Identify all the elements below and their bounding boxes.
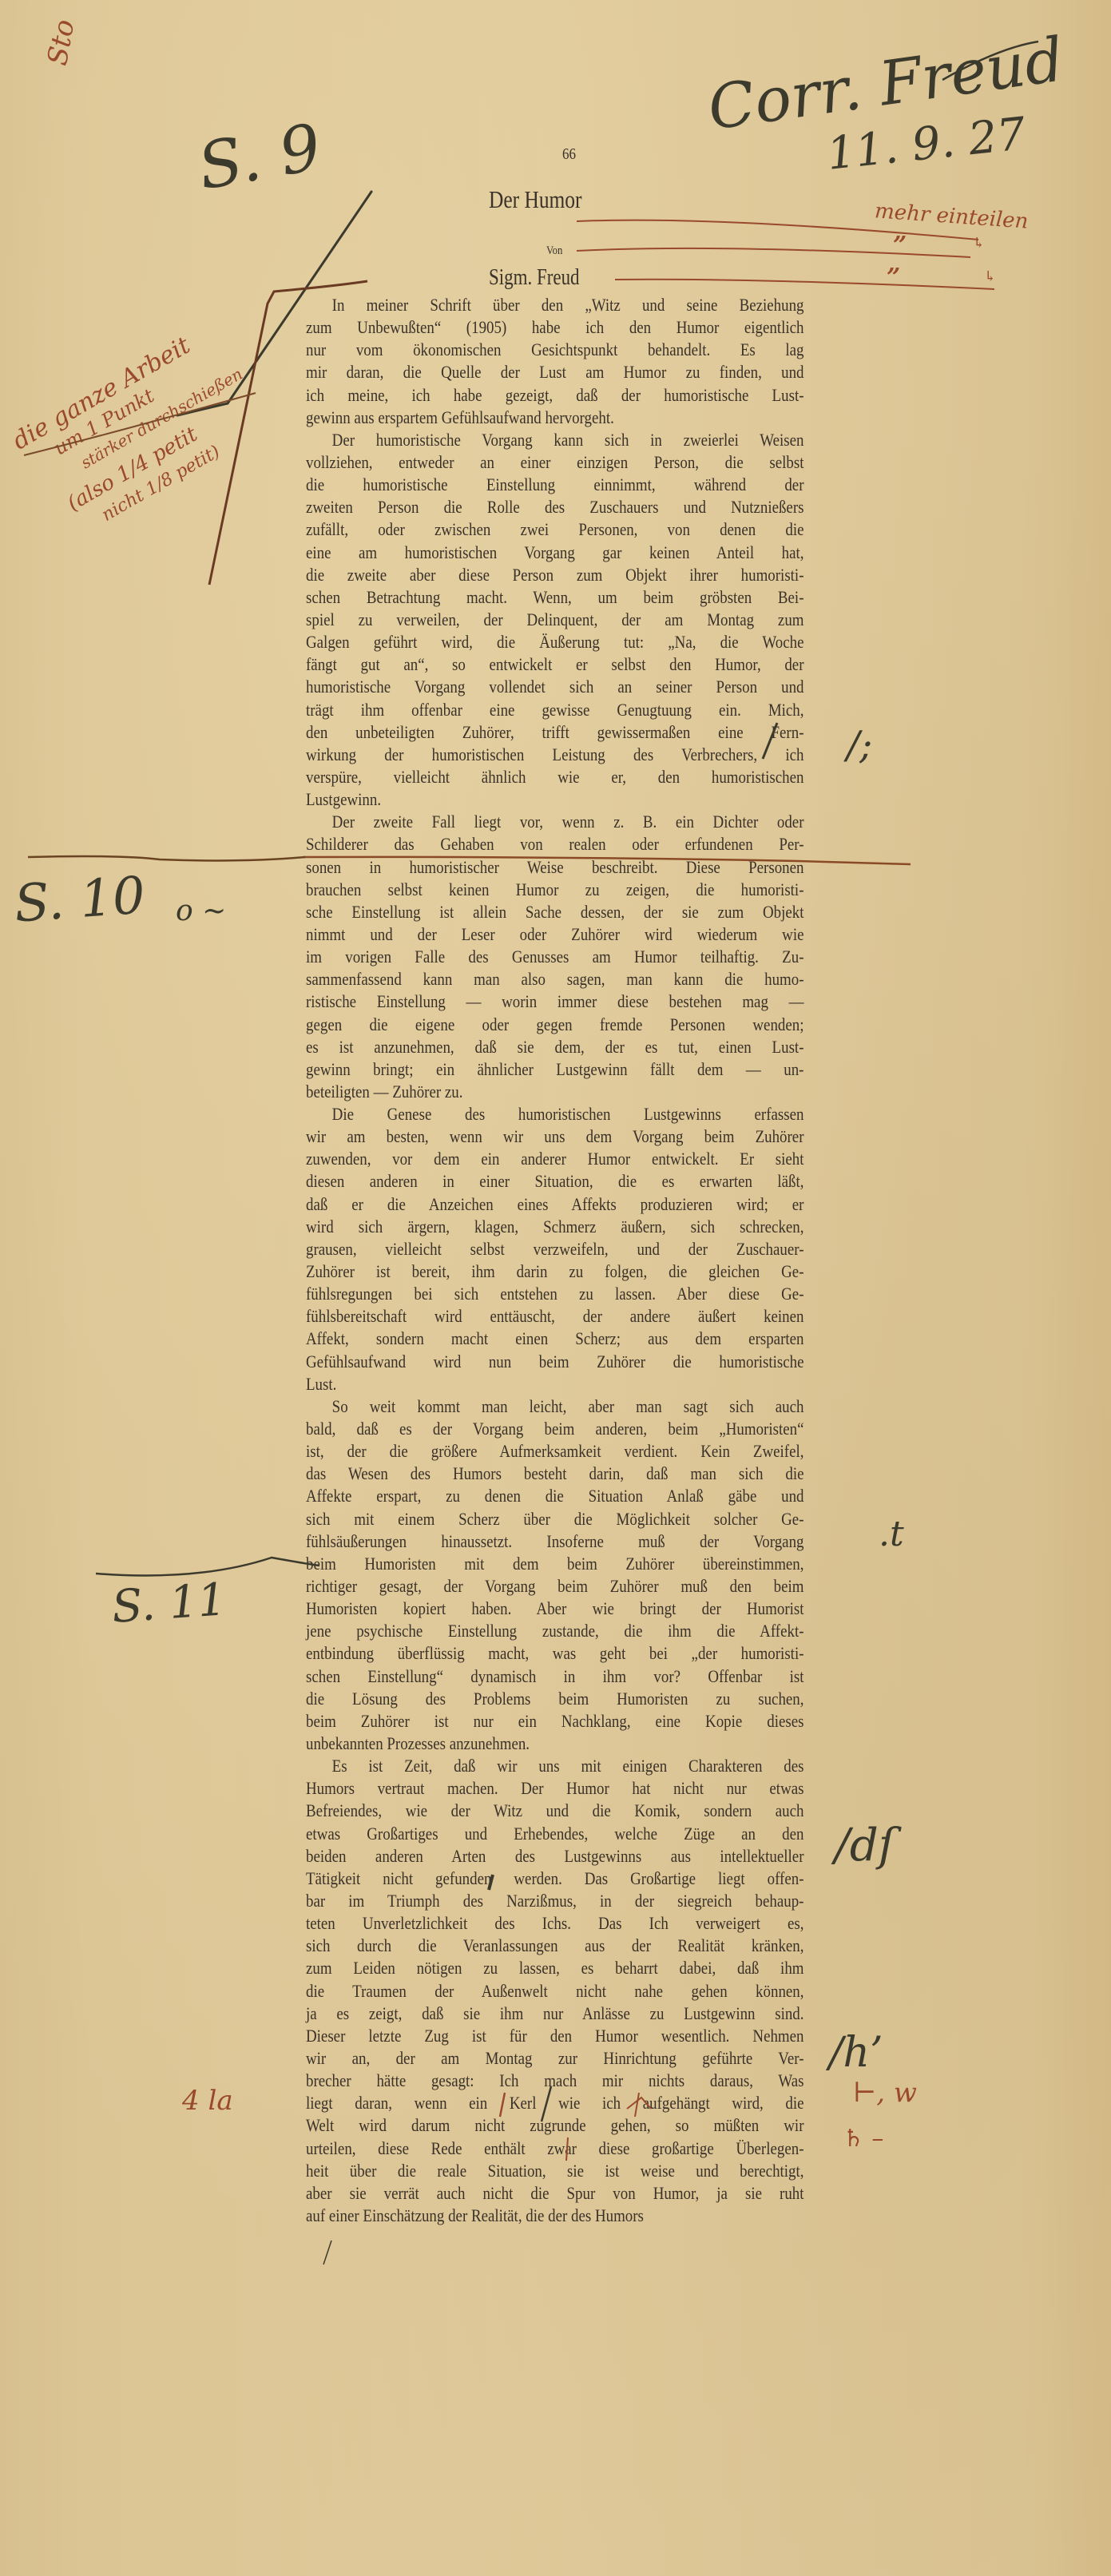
paragraph-line: die humoristische Einstellung einnimmt, … xyxy=(306,474,804,496)
paragraph-line: die Traumen der Außenwelt nicht nahe geh… xyxy=(306,1980,804,2002)
paragraph-line: die Lösung des Problems beim Humoristen … xyxy=(306,1688,804,1710)
annotation-right-mark-4: /h’ xyxy=(829,2029,883,2077)
annotation-left-margin-red-note: die ganze Arbeit um 1 Punkt stärker durc… xyxy=(8,300,340,611)
paragraph-line: trägt ihm offenbar eine gewisse Genugtuu… xyxy=(306,699,804,721)
paragraph-line: humoristische Vorgang vollendet sich an … xyxy=(306,676,804,698)
paragraph-line: wir an, der am Montag zur Hinrichtung ge… xyxy=(306,2047,804,2070)
annotation-page-ref-s11: S. 11 xyxy=(110,1574,228,1633)
byline-prefix: Von xyxy=(546,244,562,258)
paragraph-line: wirkung der humoristischen Leistung des … xyxy=(306,744,804,766)
paragraph-line: gewinn bringt; ein ähnlicher Lustgewinn … xyxy=(306,1058,804,1081)
annotation-right-mark-3: /dſ xyxy=(835,1820,895,1871)
paragraph-line: zufällt, oder zwischen zwei Personen, vo… xyxy=(306,518,804,541)
annotation-ditto-tail-1: ↳ xyxy=(973,235,985,252)
paragraph-line: daß er die Anzeichen eines Affekts produ… xyxy=(306,1193,804,1216)
paragraph-line: entbindung überflüssig macht, was geht b… xyxy=(306,1642,804,1665)
paragraph-line: zum Leiden nötigen zu lassen, es beharrt… xyxy=(306,1957,804,1979)
paragraph-line: bar im Triumph des Narzißmus, in der sie… xyxy=(306,1890,804,1912)
paragraph-line: ristische Einstellung — worin immer dies… xyxy=(306,990,804,1013)
annotation-ditto-tail-2: ↳ xyxy=(984,268,996,285)
paragraph-line: ist, der die größere Aufmerksamkeit verd… xyxy=(306,1440,804,1463)
paragraph-line: im vorigen Falle des Genusses am Humor t… xyxy=(306,946,804,968)
paragraph-line: sche Einstellung ist allein Sache dessen… xyxy=(306,901,804,923)
paragraph-line: beiden anderen Arten des Lustgewinns aus… xyxy=(306,1845,804,1868)
paragraph-line: brecher hätte gesagt: Ich mach mir nicht… xyxy=(306,2070,804,2092)
paragraph-line: beteiligten — Zuhörer zu. xyxy=(306,1081,804,1103)
annotation-right-mark-2: .t xyxy=(879,1514,904,1554)
paragraph-line: fängt gut an“, so entwickelt er selbst d… xyxy=(306,653,804,676)
paragraph-line: vollziehen, entweder an einer einzigen P… xyxy=(306,451,804,474)
paragraph-line: Befreiendes, wie der Witz und die Komik,… xyxy=(306,1800,804,1822)
paragraph-line: jene psychische Einstellung zustande, di… xyxy=(306,1620,804,1642)
body-text: In meiner Schrift über den „Witz und sei… xyxy=(306,294,804,2227)
paragraph-line: fühlsäußerungen hinaussetzt. Insoferne m… xyxy=(306,1530,804,1553)
paragraph-line: Gefühlsaufwand wird nun beim Zuhörer die… xyxy=(306,1351,804,1373)
paragraph-line: Schilderer das Gehaben von realen oder e… xyxy=(306,833,804,855)
paragraph-line: Lustgewinn. xyxy=(306,788,804,811)
paragraph-first-line: Der humoristische Vorgang kann sich in z… xyxy=(306,429,804,451)
paragraph-line: verspüre, vielleicht ähnlich wie er, den… xyxy=(306,766,804,788)
paragraph-line: wird sich ärgern, klagen, Schmerz äußern… xyxy=(306,1216,804,1238)
annotation-top-left-corner: Sto xyxy=(42,17,81,68)
paragraph-line: unbekannten Prozesses anzunehmen. xyxy=(306,1733,804,1755)
paragraph-line: fühlsregungen bei sich entstehen zu lass… xyxy=(306,1283,804,1305)
paragraph-line: diesen anderen in einer Situation, die e… xyxy=(306,1170,804,1193)
paragraph-line: sich durch die Veranlassungen aus der Re… xyxy=(306,1935,804,1957)
paragraph-line: beim Humoristen mit dem beim Zuhörer übe… xyxy=(306,1553,804,1575)
paragraph-line: gewinn aus erspartem Gefühlsaufwand herv… xyxy=(306,407,804,429)
paragraph-first-line: Es ist Zeit, daß wir uns mit einigen Cha… xyxy=(306,1755,804,1777)
paragraph-line: die zweite aber diese Person zum Objekt … xyxy=(306,564,804,586)
paragraph-line: das Wesen des Humors besteht darin, daß … xyxy=(306,1463,804,1485)
paragraph-line: beim Zuhörer ist nur ein Nachklang, eine… xyxy=(306,1710,804,1733)
paragraph-line: fühlsbereitschaft wird enttäuscht, der a… xyxy=(306,1305,804,1328)
paragraph-line: Dieser letzte Zug ist für den Humor wese… xyxy=(306,2025,804,2047)
paragraph-line: Humoristen kopiert haben. Aber wie bring… xyxy=(306,1598,804,1620)
annotation-page-ref-s10: S. 10 xyxy=(13,866,147,934)
paragraph-line: bald, daß es der Vorgang beim anderen, b… xyxy=(306,1418,804,1440)
paragraph-line: zum Unbewußten“ (1905) habe ich den Humo… xyxy=(306,316,804,339)
paragraph-first-line: So weit kommt man leicht, aber man sagt … xyxy=(306,1395,804,1418)
paragraph-line: Welt wird darum nicht zugrunde gehen, so… xyxy=(306,2114,804,2137)
paragraph-line: Zuhörer ist bereit, ihm darin zu folgen,… xyxy=(306,1260,804,1283)
paragraph-line: zuwenden, vor dem ein anderer Humor entw… xyxy=(306,1148,804,1170)
paragraph-line: etwas Großartiges und Erhebendes, welche… xyxy=(306,1823,804,1845)
paragraph-line: es ist anzunehmen, daß sie dem, der es t… xyxy=(306,1036,804,1058)
paragraph-line: mir daran, die Quelle der Lust am Humor … xyxy=(306,361,804,383)
paragraph-line: den unbeteiligten Zuhörer, trifft gewiss… xyxy=(306,721,804,744)
article-title: Der Humor xyxy=(489,185,581,214)
paragraph-line: teten Unverletzlichkeit des Ichs. Das Ic… xyxy=(306,1912,804,1935)
paragraph-first-line: Der zweite Fall liegt vor, wenn z. B. ei… xyxy=(306,811,804,833)
author-name: Sigm. Freud xyxy=(489,265,580,291)
paragraph-line: schen Einstellung“ dynamisch in ihm vor?… xyxy=(306,1665,804,1688)
annotation-right-mark-1: /; xyxy=(847,723,872,768)
paragraph-line: liegt daran, wenn ein Kerl wie ich aufge… xyxy=(306,2092,804,2114)
annotation-ditto-1: ” xyxy=(893,232,907,260)
paragraph-line: Lust. xyxy=(306,1373,804,1395)
paragraph-line: heit über die reale Situation, sie ist w… xyxy=(306,2160,804,2182)
paragraph-line: sonen in humoristischer Weise beschreibt… xyxy=(306,856,804,879)
paragraph-line: wir am besten, wenn wir uns dem Vorgang … xyxy=(306,1125,804,1148)
paragraph-line: zweiten Person die Rolle des Zuschauers … xyxy=(306,496,804,518)
paragraph-line: Humors vertraut machen. Der Humor hat ni… xyxy=(306,1777,804,1800)
annotation-right-mark-6: ♄ – xyxy=(843,2125,883,2153)
paragraph-line: eine am humoristischen Vorgang gar keine… xyxy=(306,542,804,564)
paragraph-line: auf einer Einschätzung der Realität, die… xyxy=(306,2205,804,2227)
paragraph-line: nur vom ökonomischen Gesichtspunkt behan… xyxy=(306,339,804,361)
paragraph-line: urteilen, diese Rede enthält zwar diese … xyxy=(306,2137,804,2160)
paragraph-line: richtiger gesagt, der Vorgang beim Zuhör… xyxy=(306,1575,804,1598)
paragraph-first-line: Die Genese des humoristischen Lustgewinn… xyxy=(306,1103,804,1125)
paragraph-line: Affekte erspart, zu denen die Situation … xyxy=(306,1485,804,1507)
paragraph-line: ja es zeigt, daß sie ihm nur Anlässe zu … xyxy=(306,2002,804,2025)
paragraph-line: gegen die eigene oder gegen fremde Perso… xyxy=(306,1014,804,1036)
page-number: 66 xyxy=(562,145,576,164)
annotation-bottom-left-mark: 4 la xyxy=(182,2085,233,2117)
paragraph-line: spiel zu verweilen, der Delinquent, der … xyxy=(306,609,804,631)
paragraph-line: sich mit einem Scherz über die Möglichke… xyxy=(306,1508,804,1530)
paragraph-line: aber sie verrät auch nicht die Spur von … xyxy=(306,2182,804,2205)
annotation-page-ref-s9: S. 9 xyxy=(192,109,327,204)
annotation-title-margin-note: mehr einteilen xyxy=(874,199,1029,233)
paragraph-line: nimmt und der Leser oder Zuhörer wird wi… xyxy=(306,923,804,946)
paragraph-line: Affekt, sondern macht einen Scherz; aus … xyxy=(306,1328,804,1350)
paragraph-line: Tätigkeit nicht gefunden werden. Das Gro… xyxy=(306,1868,804,1890)
paragraph-line: grausen, vielleicht selbst verzweifeln, … xyxy=(306,1238,804,1260)
paragraph-line: ich meine, ich habe gezeigt, daß der hum… xyxy=(306,384,804,407)
paragraph-line: schen Betrachtung macht. Wenn, um beim g… xyxy=(306,586,804,609)
paragraph-line: brauchen selbst keinen Humor zu zeigen, … xyxy=(306,879,804,901)
paragraph-line: Galgen geführt wird, die Äußerung tut: „… xyxy=(306,631,804,653)
annotation-right-mark-5: ⊢, w xyxy=(853,2077,917,2109)
annotation-mark-s10: o ~ xyxy=(176,895,226,927)
paragraph-line: sammenfassend kann man also sagen, man k… xyxy=(306,968,804,990)
annotation-ditto-2: ” xyxy=(887,264,900,292)
paragraph-first-line: In meiner Schrift über den „Witz und sei… xyxy=(306,294,804,316)
